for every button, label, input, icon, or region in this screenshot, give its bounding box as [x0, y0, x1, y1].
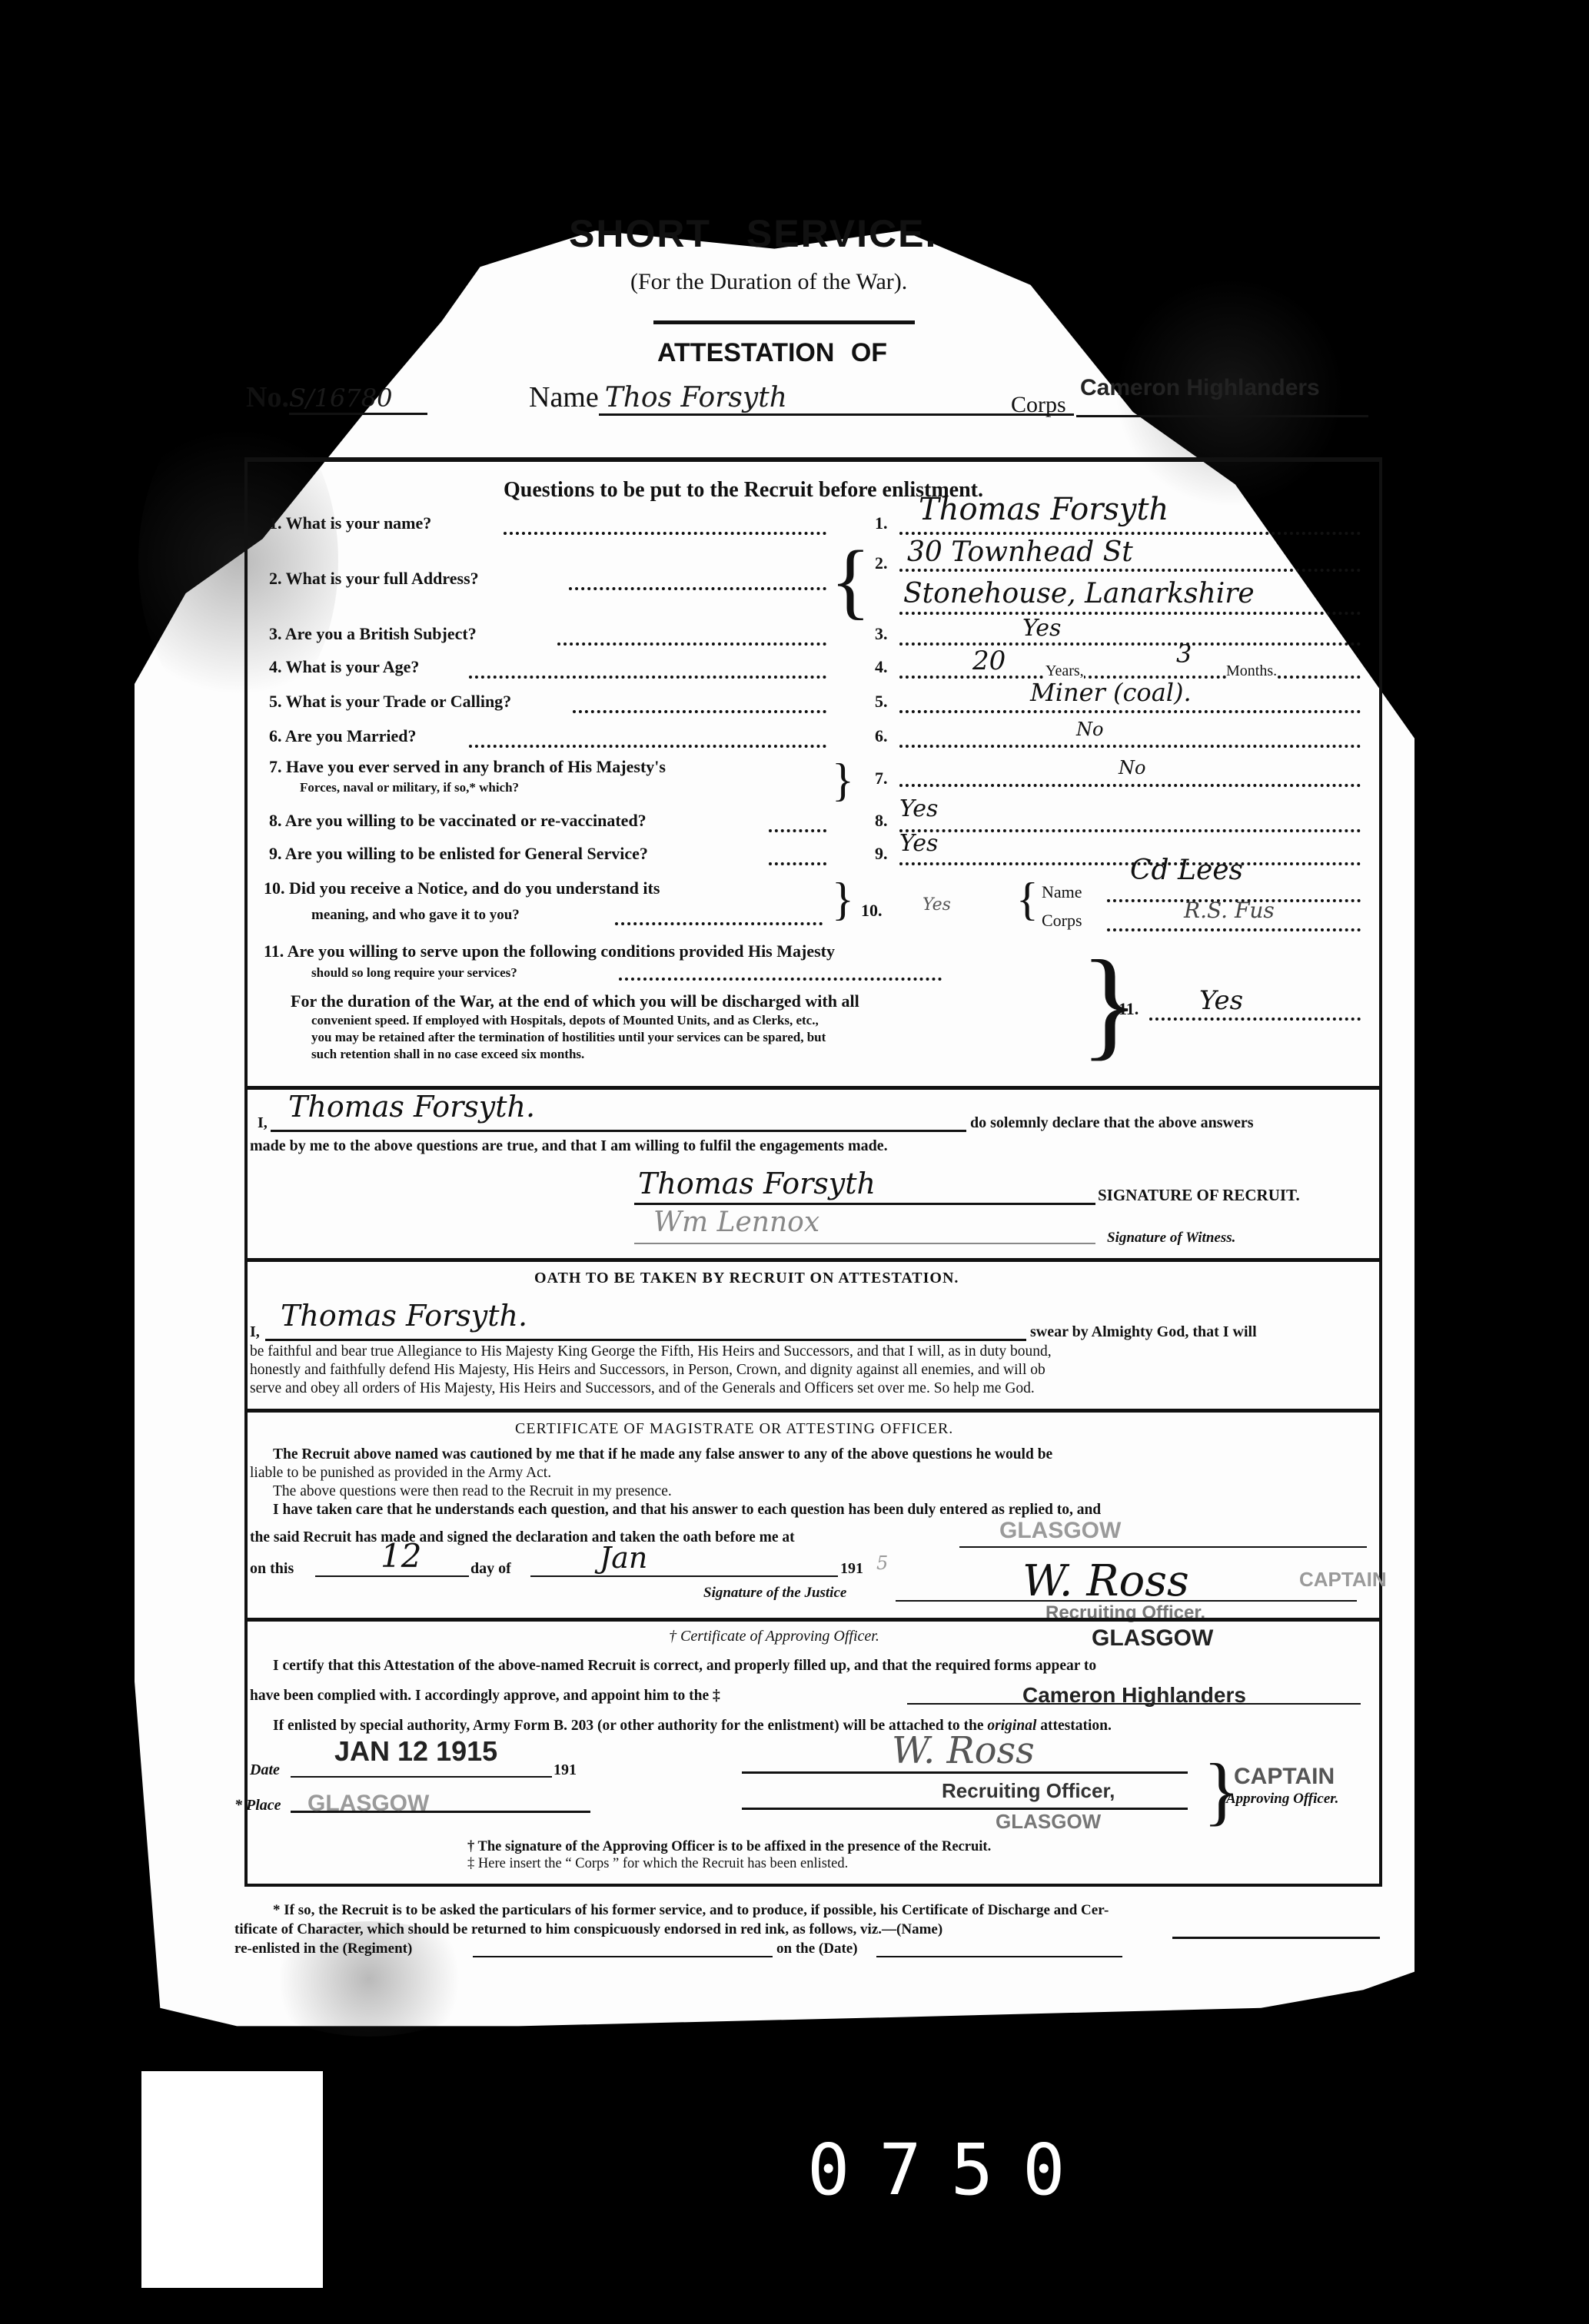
date-line [291, 1776, 552, 1778]
approving-city-stamp-2: GLASGOW [996, 1810, 1101, 1834]
justice-signature-line [896, 1600, 1357, 1602]
paper-stain [254, 1921, 484, 2037]
q11-text-line2: should so long require your services? [311, 965, 517, 981]
oath-text-2: be faithful and bear true Allegiance to … [250, 1343, 1052, 1360]
a8-answer: Yes [899, 795, 938, 822]
approving-signature-line [742, 1771, 1188, 1774]
approving-officer-label: Approving Officer. [1226, 1791, 1338, 1808]
q2-brace: { [830, 538, 871, 622]
q5-text: What is your Trade or Calling? [286, 692, 512, 711]
month-value: Jan [600, 1541, 647, 1575]
a2-line2 [899, 612, 1361, 615]
magistrate-title: CERTIFICATE OF MAGISTRATE OR ATTESTING O… [515, 1420, 953, 1438]
a2-line1 [899, 569, 1361, 572]
q8-leader [769, 829, 826, 832]
a10-corps-value: R.S. Fus [1184, 898, 1275, 923]
q6-leader [469, 745, 826, 748]
q10-text: Did you receive a Notice, and do you und… [289, 878, 660, 898]
frame-counter: 0750 [807, 2129, 1095, 2211]
declaration-text-1: do solemnly declare that the above answe… [970, 1114, 1254, 1132]
name-field: NameThos Forsyth [529, 380, 1074, 416]
a3-number: 3. [875, 624, 888, 644]
approving-title: † Certificate of Approving Officer. [669, 1628, 879, 1645]
footnote-line3b: on the (Date) [776, 1941, 858, 1957]
condition-line1: For the duration of the War, at the end … [291, 991, 859, 1011]
a8-line [899, 829, 1361, 832]
q1-text: What is your name? [286, 513, 432, 533]
a2-answer-line2: Stonehouse, Lanarkshire [903, 578, 1255, 609]
year-prefix: 191 [840, 1560, 863, 1578]
footnote-line1: * If so, the Recruit is to be asked the … [273, 1902, 1109, 1919]
q8-text: Are you willing to be vaccinated or re-v… [285, 811, 647, 830]
a10-name-label: Name [1042, 882, 1082, 902]
q1-number: 1. [269, 513, 282, 533]
a3-line [899, 642, 1361, 646]
q4-text: What is your Age? [286, 657, 420, 676]
number-value: S/16780 [289, 383, 427, 415]
justice-signature: W. Ross [1022, 1556, 1189, 1606]
q8-number: 8. [269, 811, 282, 830]
date-label: Date [250, 1761, 280, 1779]
q1-leader [504, 532, 826, 535]
a6-number: 6. [875, 726, 888, 746]
recruit-signature: Thomas Forsyth [638, 1167, 876, 1200]
q11-leader [619, 978, 942, 981]
a9-answer: Yes [899, 830, 938, 857]
a1-answer: Thomas Forsyth [919, 492, 1168, 527]
justice-rank-stamp: CAPTAIN [1299, 1568, 1387, 1592]
approving-p1: I certify that this Attestation of the a… [273, 1658, 1096, 1675]
q10-number: 10. [264, 878, 285, 898]
q2-leader [569, 587, 826, 590]
section-divider [244, 1258, 1379, 1262]
q4-leader [469, 676, 826, 679]
a7-line [899, 784, 1361, 787]
oath-title: OATH TO BE TAKEN BY RECRUIT ON ATTESTATI… [534, 1270, 959, 1287]
q9-text: Are you willing to be enlisted for Gener… [285, 844, 648, 863]
q4-number: 4. [269, 657, 282, 676]
number-label: No. [246, 381, 289, 413]
date-suffix: 191 [553, 1761, 577, 1779]
section-divider [244, 1618, 1379, 1622]
condition-line2: convenient speed. If employed with Hospi… [311, 1013, 819, 1028]
a4-number: 4. [875, 657, 888, 677]
a3-answer: Yes [1022, 615, 1061, 642]
a10-corps-label: Corps [1042, 911, 1082, 931]
q5-number: 5. [269, 692, 282, 711]
a5-line [899, 710, 1361, 713]
a10-answer: Yes [922, 895, 951, 915]
oath-text-3: honestly and faithfully defend His Majes… [250, 1362, 1045, 1379]
declaration-prefix: I, [258, 1114, 268, 1132]
section-divider [244, 1409, 1379, 1413]
a10-brace: { [1016, 876, 1039, 922]
attest-place-line [959, 1546, 1367, 1548]
oath-text-4: serve and obey all orders of His Majesty… [250, 1380, 1035, 1397]
a1-number: 1. [875, 513, 888, 533]
approving-p2: have been complied with. I accordingly a… [250, 1688, 720, 1705]
a1-line [899, 532, 1361, 535]
name-label: Name [529, 381, 599, 413]
magistrate-p3a: I have taken care that he understands ea… [273, 1502, 1101, 1519]
a8-number: 8. [875, 811, 888, 831]
q6-number: 6. [269, 726, 282, 745]
a2-answer-line1: 30 Townhead St [907, 536, 1133, 568]
service-number-field: No.S/16780 [246, 380, 427, 415]
a11-number: 11. [1119, 999, 1139, 1019]
oath-name: Thomas Forsyth. [281, 1299, 527, 1333]
year-suffix: 5 [876, 1552, 888, 1574]
footnote-line2: tificate of Character, which should be r… [234, 1921, 942, 1938]
magistrate-p2: The above questions were then read to th… [273, 1483, 672, 1500]
footnote-line3a: re-enlisted in the (Regiment) [234, 1941, 412, 1957]
month-line [530, 1575, 838, 1577]
q2-text: What is your full Address? [286, 569, 479, 588]
q11-text: Are you willing to serve upon the follow… [288, 941, 835, 961]
q5-leader [573, 710, 826, 713]
declaration-text-2: made by me to the above questions are tr… [250, 1137, 888, 1155]
q7-number: 7. [269, 757, 282, 776]
magistrate-p1b: liable to be punished as provided in the… [250, 1465, 551, 1482]
q7-brace: } [832, 757, 854, 803]
q7-text-line2: Forces, naval or military, if so,* which… [300, 780, 519, 795]
q11-number: 11. [264, 941, 284, 961]
a2-number: 2. [875, 553, 888, 573]
approving-role-stamp: Recruiting Officer, [942, 1779, 1115, 1803]
declaration-name-line [271, 1130, 966, 1132]
approving-signature: W. Ross [892, 1729, 1035, 1772]
recruit-signature-line [634, 1203, 1095, 1205]
name-value: Thos Forsyth [599, 382, 1074, 416]
questions-heading: Questions to be put to the Recruit befor… [504, 478, 983, 503]
a7-answer: No [1119, 757, 1145, 779]
witness-signature: Wm Lennox [653, 1207, 819, 1238]
witness-signature-label: Signature of Witness. [1107, 1230, 1235, 1247]
a6-line [899, 745, 1361, 748]
attest-place-stamp: GLASGOW [999, 1518, 1121, 1544]
a5-number: 5. [875, 692, 888, 712]
q3-text: Are you a British Subject? [285, 624, 477, 643]
declaration-name: Thomas Forsyth. [288, 1090, 535, 1124]
condition-line4: such retention shall in no case exceed s… [311, 1047, 584, 1062]
approving-role-line [742, 1808, 1188, 1810]
a10-name-value: Cd Lees [1130, 855, 1243, 886]
witness-signature-line [634, 1243, 1095, 1244]
attestation-heading: ATTESTATION OF [657, 338, 887, 368]
a9-number: 9. [875, 844, 888, 864]
oath-text-1: swear by Almighty God, that I will [1030, 1323, 1257, 1341]
q10-leader [615, 922, 823, 925]
approving-rank-stamp: CAPTAIN [1234, 1764, 1335, 1790]
months-label: Months. [1226, 662, 1277, 680]
corps-label: Corps [1011, 392, 1066, 418]
magistrate-p3b: the said Recruit has made and signed the… [250, 1529, 795, 1546]
a5-answer: Miner (coal). [1030, 678, 1192, 707]
place-stamp: GLASGOW [307, 1791, 429, 1817]
magistrate-p1a: The Recruit above named was cautioned by… [273, 1446, 1052, 1463]
approving-note-2: ‡ Here insert the “ Corps ” for which th… [467, 1856, 848, 1872]
q6-text: Are you Married? [285, 726, 417, 745]
recruit-signature-label: SIGNATURE OF RECRUIT. [1098, 1186, 1300, 1205]
oath-name-line [265, 1339, 1026, 1341]
q7-text: Have you ever served in any branch of Hi… [286, 757, 666, 776]
day-of-label: day of [470, 1560, 511, 1578]
footnote-name-line [1172, 1937, 1380, 1939]
appointed-corps-stamp: Cameron Highlanders [1022, 1683, 1246, 1708]
approving-p3c: attestation. [1036, 1718, 1111, 1734]
on-this-label: on this [250, 1560, 294, 1578]
place-label: * Place [234, 1797, 281, 1814]
day-line [315, 1575, 469, 1577]
a4-months: 3 [1176, 639, 1192, 669]
corps-underline [1076, 415, 1368, 417]
a10-corps-line [1107, 928, 1361, 931]
film-leader-card [141, 2071, 323, 2288]
form-title: SHORT SERVICE. [569, 211, 937, 256]
approving-p3a: If enlisted by special authority, Army F… [273, 1718, 987, 1734]
approving-city-stamp: GLASGOW [1092, 1625, 1213, 1652]
day-value: 12 [381, 1537, 421, 1575]
a6-answer: No [1076, 719, 1103, 740]
condition-line3: you may be retained after the terminatio… [311, 1030, 826, 1045]
q10-brace: } [832, 876, 854, 922]
a4-years: 20 [972, 646, 1006, 676]
form-subtitle: (For the Duration of the War). [630, 269, 907, 295]
q3-leader [557, 642, 826, 646]
q2-number: 2. [269, 569, 282, 588]
date-stamp: JAN 12 1915 [334, 1735, 497, 1768]
q10-text-line2: meaning, and who gave it to you? [311, 907, 520, 924]
oath-prefix: I, [250, 1323, 260, 1341]
q3-number: 3. [269, 624, 282, 643]
approving-note-1: † The signature of the Approving Officer… [467, 1839, 991, 1855]
footnote-regiment-line [473, 1956, 773, 1957]
title-divider [653, 320, 915, 324]
footnote-date-line [876, 1956, 1122, 1957]
corps-stamp: Cameron Highlanders [1080, 375, 1320, 401]
q9-leader [769, 862, 826, 865]
a10-number: 10. [861, 901, 883, 921]
a7-number: 7. [875, 769, 888, 788]
a11-line [1149, 1018, 1361, 1021]
a11-answer: Yes [1199, 985, 1243, 1016]
justice-signature-label: Signature of the Justice [703, 1585, 846, 1602]
q9-number: 9. [269, 844, 282, 863]
